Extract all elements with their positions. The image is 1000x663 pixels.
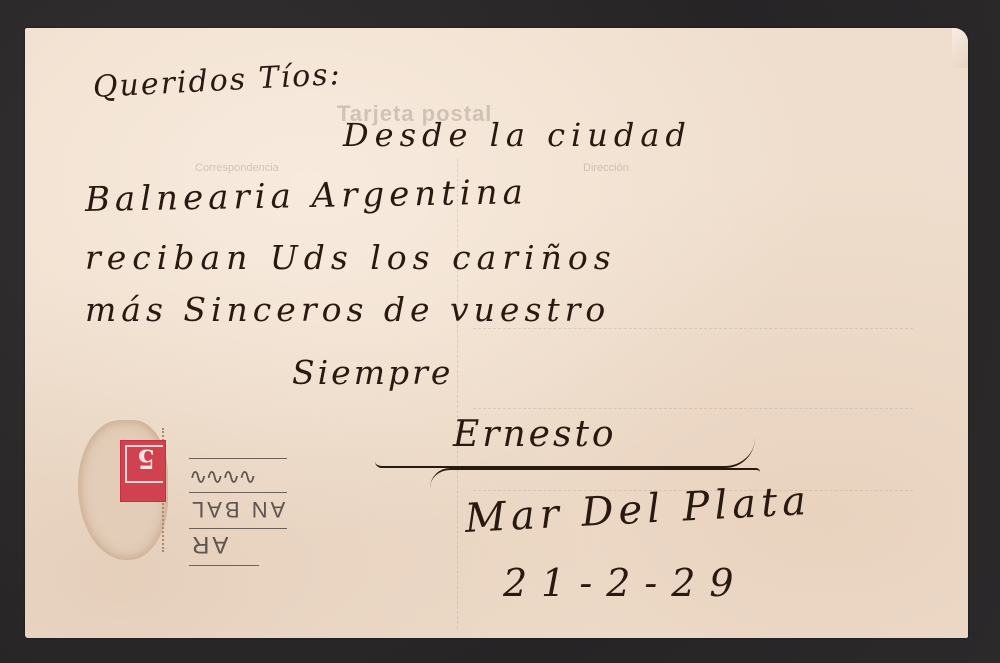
postcard: Tarjeta postal Correspondencia Dirección… <box>25 28 968 638</box>
signature-flourish <box>375 438 755 468</box>
postmark-line <box>189 458 287 459</box>
stamp-value: 5 <box>137 443 155 473</box>
message-line: reciban Uds los cariños <box>85 238 617 277</box>
printed-correspondence-label: Correspondencia <box>195 162 279 174</box>
postmark-text: AR <box>189 530 228 558</box>
postmark-line <box>189 565 259 566</box>
postmark-line <box>189 528 287 529</box>
greeting: Queridos Tíos: <box>92 57 342 105</box>
address-line <box>473 408 913 409</box>
postmark-wave: ∿∿∿∿ <box>191 464 257 489</box>
message-line: más Sinceros de vuestro <box>85 290 610 329</box>
postmark-line <box>189 492 287 493</box>
postmark-text: AN BAL <box>189 496 285 522</box>
folded-corner <box>952 28 968 68</box>
printed-address-label: Dirección <box>583 162 629 174</box>
date: 21-2-29 <box>503 561 748 605</box>
postmark: ∿∿∿∿ AN BAL AR <box>189 458 287 566</box>
stamp-remnant: 5 <box>120 440 166 502</box>
message-line: Balnearia Argentina <box>85 172 529 220</box>
printed-divider <box>457 159 459 629</box>
message-line: Desde la ciudad <box>343 116 692 154</box>
closing: Siempre <box>292 353 453 392</box>
